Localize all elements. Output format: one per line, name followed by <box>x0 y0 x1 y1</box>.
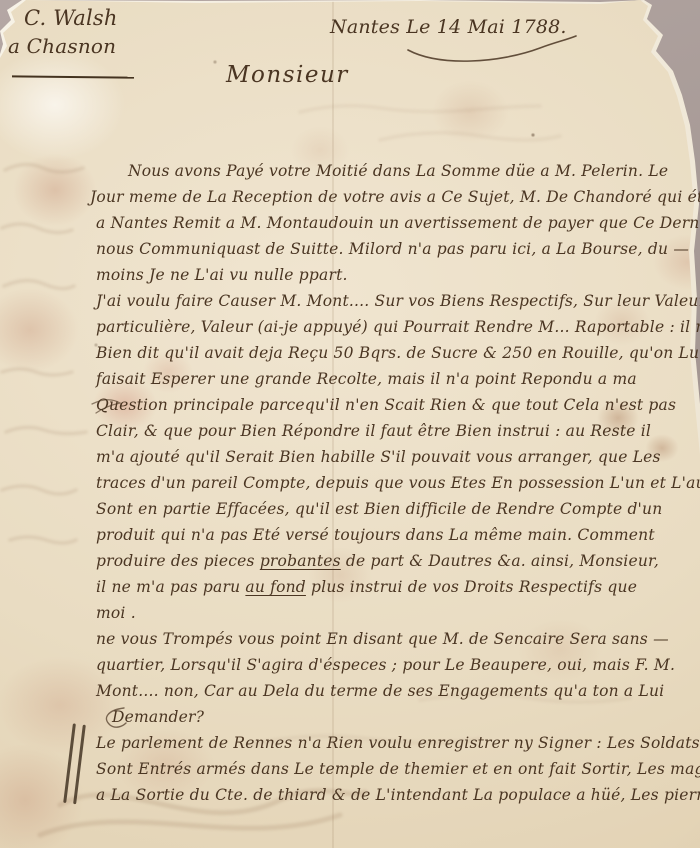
letter-line: Jour meme de La Reception de votre avis … <box>90 184 698 210</box>
letter-line: Mont.... non, Car au Dela du terme de se… <box>90 678 698 704</box>
letter-line: a Nantes Remit a M. Montaudouin un avert… <box>90 210 698 236</box>
letter-line: faisait Esperer une grande Recolte, mais… <box>90 366 698 392</box>
letter-line: moi . <box>90 600 698 626</box>
dateline: Nantes Le 14 Mai 1788. <box>330 16 567 38</box>
salutation: Monsieur <box>226 62 349 88</box>
date-underline-swash <box>408 36 576 61</box>
letter-line: Bien dit qu'il avait deja Reçu 50 Bqrs. … <box>90 340 698 366</box>
letter-line: ne vous Trompés vous point En disant que… <box>90 626 698 652</box>
letter-line: particulière, Valeur (ai-je appuyé) qui … <box>90 314 698 340</box>
letter-line: moins Je ne L'ai vu nulle ppart. <box>90 262 698 288</box>
letter-line: produit qui n'a pas Eté versé toujours d… <box>90 522 698 548</box>
letter-line: J'ai voulu faire Causer M. Mont.... Sur … <box>90 288 698 314</box>
sender-name: C. Walsh <box>24 6 118 30</box>
letter-line: Le parlement de Rennes n'a Rien voulu en… <box>90 730 698 756</box>
sender-place: a Chasnon <box>8 34 116 58</box>
letter-line: m'a ajouté qu'il Serait Bien habille S'i… <box>90 444 698 470</box>
letter-line: Demander? <box>90 704 698 730</box>
letter-body: Nous avons Payé votre Moitié dans La Som… <box>90 158 698 808</box>
letter-line: Question principale parcequ'il n'en Scai… <box>90 392 698 418</box>
letter-line: Sont Entrés armés dans Le temple de them… <box>90 756 698 782</box>
letter-line: traces d'un pareil Compte, depuis que vo… <box>90 470 698 496</box>
ink-layer: C. Walsh a Chasnon Nantes Le 14 Mai 1788… <box>0 0 700 848</box>
letter-line: produire des pieces probantes de part & … <box>90 548 698 574</box>
letter-line: nous Communiquast de Suitte. Milord n'a … <box>90 236 698 262</box>
letter-line: Nous avons Payé votre Moitié dans La Som… <box>90 158 698 184</box>
letter-scan: C. Walsh a Chasnon Nantes Le 14 Mai 1788… <box>0 0 700 848</box>
letter-line: quartier, Lorsqu'il S'agira d'éspeces ; … <box>90 652 698 678</box>
margin-double-stroke-mark <box>59 723 93 805</box>
letter-line: Sont en partie Effacées, qu'il est Bien … <box>90 496 698 522</box>
letter-line: a La Sortie du Cte. de thiard & de L'int… <box>90 782 698 808</box>
letter-line: Clair, & que pour Bien Répondre il faut … <box>90 418 698 444</box>
letter-line: il ne m'a pas paru au fond plus instrui … <box>90 574 698 600</box>
sender-underline <box>12 75 134 78</box>
